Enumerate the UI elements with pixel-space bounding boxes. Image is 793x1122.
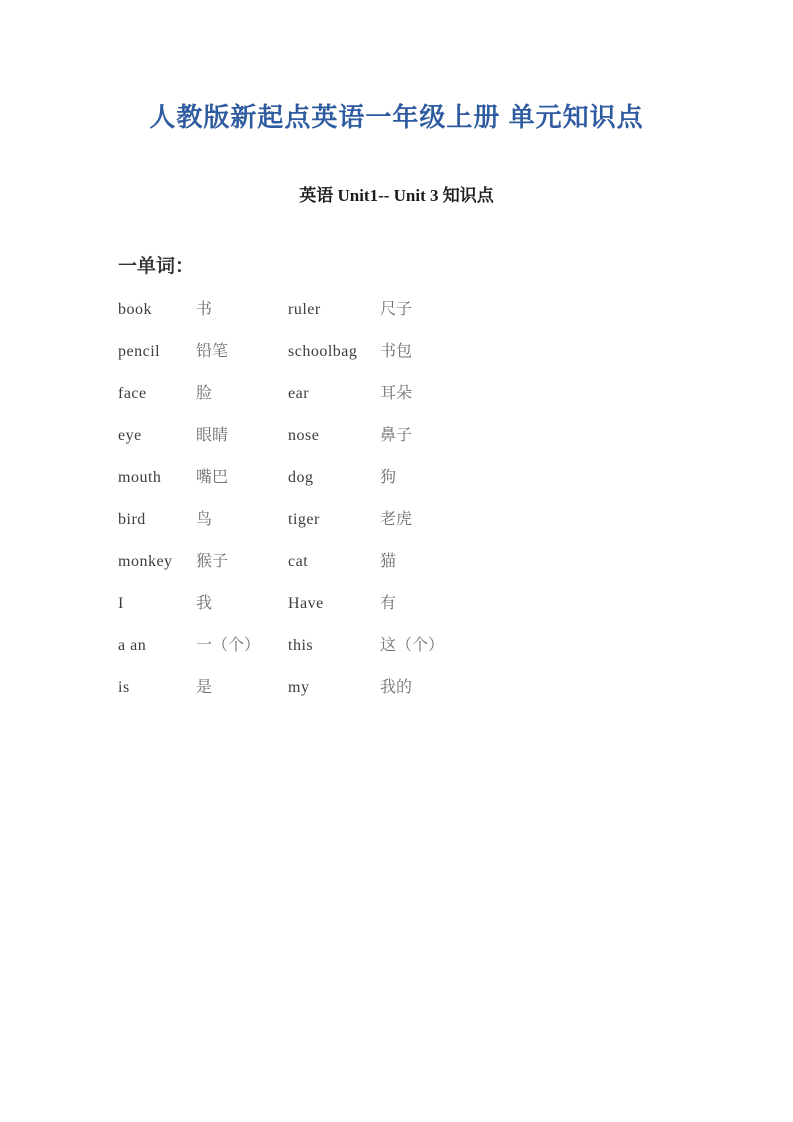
word-row: mouth嘴巴dog狗 [118, 468, 793, 487]
english-word: pencil [118, 342, 196, 361]
chinese-meaning: 是 [196, 678, 288, 697]
word-row: I我Have有 [118, 594, 793, 613]
chinese-meaning: 鸟 [196, 510, 288, 529]
chinese-meaning: 书包 [380, 342, 793, 361]
word-row: monkey猴子cat猫 [118, 552, 793, 571]
english-word: book [118, 300, 196, 319]
chinese-meaning: 铅笔 [196, 342, 288, 361]
english-word: my [288, 678, 380, 697]
english-word: this [288, 636, 380, 655]
english-word: eye [118, 426, 196, 445]
chinese-meaning: 脸 [196, 384, 288, 403]
chinese-meaning: 狗 [380, 468, 793, 487]
chinese-meaning: 尺子 [380, 300, 793, 319]
vocabulary-list: book书ruler尺子pencil铅笔schoolbag书包face脸ear耳… [118, 300, 793, 697]
chinese-meaning: 我的 [380, 678, 793, 697]
document-title: 人教版新起点英语一年级上册 单元知识点 [0, 0, 793, 134]
english-word: I [118, 594, 196, 613]
word-row: bird鸟tiger老虎 [118, 510, 793, 529]
word-row: a an一（个）this这（个） [118, 636, 793, 655]
english-word: face [118, 384, 196, 403]
english-word: mouth [118, 468, 196, 487]
chinese-meaning: 书 [196, 300, 288, 319]
english-word: a an [118, 636, 196, 655]
chinese-meaning: 猫 [380, 552, 793, 571]
chinese-meaning: 一（个） [196, 636, 288, 655]
document-page: 人教版新起点英语一年级上册 单元知识点 英语 Unit1-- Unit 3 知识… [0, 0, 793, 1122]
word-row: eye眼睛nose鼻子 [118, 426, 793, 445]
english-word: nose [288, 426, 380, 445]
english-word: ear [288, 384, 380, 403]
word-row: pencil铅笔schoolbag书包 [118, 342, 793, 361]
chinese-meaning: 我 [196, 594, 288, 613]
chinese-meaning: 嘴巴 [196, 468, 288, 487]
english-word: cat [288, 552, 380, 571]
english-word: dog [288, 468, 380, 487]
english-word: ruler [288, 300, 380, 319]
section-heading-words: 一单词： [118, 254, 793, 279]
english-word: Have [288, 594, 380, 613]
english-word: monkey [118, 552, 196, 571]
english-word: schoolbag [288, 342, 380, 361]
english-word: bird [118, 510, 196, 529]
chinese-meaning: 猴子 [196, 552, 288, 571]
word-row: is是my我的 [118, 678, 793, 697]
chinese-meaning: 耳朵 [380, 384, 793, 403]
english-word: tiger [288, 510, 380, 529]
chinese-meaning: 有 [380, 594, 793, 613]
word-row: book书ruler尺子 [118, 300, 793, 319]
chinese-meaning: 老虎 [380, 510, 793, 529]
chinese-meaning: 这（个） [380, 636, 793, 655]
english-word: is [118, 678, 196, 697]
document-subtitle: 英语 Unit1-- Unit 3 知识点 [0, 186, 793, 206]
word-row: face脸ear耳朵 [118, 384, 793, 403]
chinese-meaning: 眼睛 [196, 426, 288, 445]
chinese-meaning: 鼻子 [380, 426, 793, 445]
